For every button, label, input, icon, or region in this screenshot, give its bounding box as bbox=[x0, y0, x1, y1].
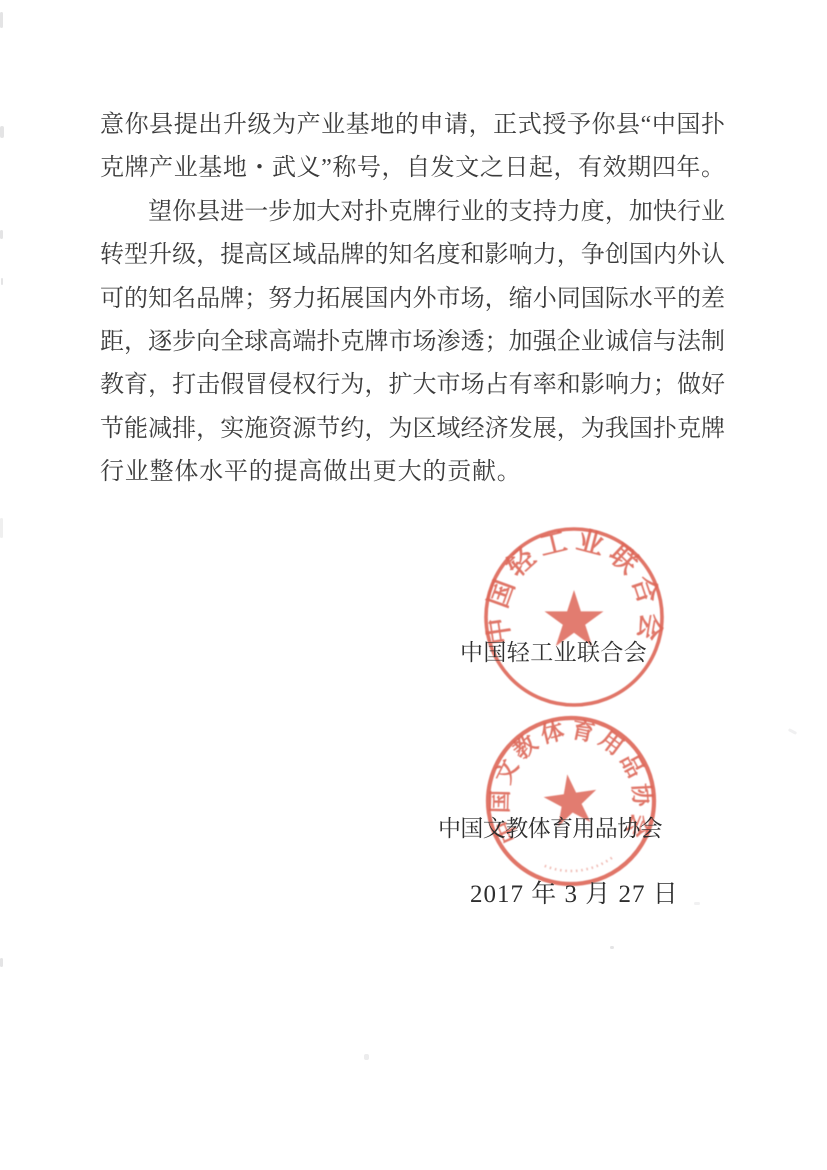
document-date: 2017 年 3 月 27 日 bbox=[470, 874, 679, 910]
signature-org-stationery-sporting: 中国文教体育用品协会 bbox=[438, 810, 662, 843]
scan-speck bbox=[694, 902, 700, 905]
scan-speck bbox=[0, 126, 4, 138]
scan-speck bbox=[0, 518, 3, 538]
body-line: 望你县进一步加大对扑克牌行业的支持力度，加快行业 bbox=[100, 191, 725, 234]
scan-speck bbox=[0, 958, 3, 967]
body-line: 转型升级，提高区域品牌的知名度和影响力，争创国内外认 bbox=[100, 234, 725, 277]
letter-body: 意你县提出升级为产业基地的申请，正式授予你县“中国扑 克牌产业基地・武义”称号，… bbox=[100, 104, 725, 495]
scan-speck bbox=[788, 728, 797, 735]
body-line: 教育，打击假冒侵权行为，扩大市场占有率和影响力；做好 bbox=[100, 364, 725, 407]
scan-speck bbox=[610, 946, 614, 949]
scan-speck bbox=[0, 230, 3, 239]
scan-speck bbox=[0, 12, 3, 28]
scan-speck bbox=[364, 1054, 369, 1060]
body-line: 可的知名品牌；努力拓展国内外市场，缩小同国际水平的差 bbox=[100, 278, 725, 321]
official-seal-stationery-sporting: 中国文教体育用品协会 bbox=[476, 706, 666, 896]
document-page: 意你县提出升级为产业基地的申请，正式授予你县“中国扑 克牌产业基地・武义”称号，… bbox=[0, 0, 827, 1170]
scan-speck bbox=[1, 278, 3, 285]
body-line: 行业整体水平的提高做出更大的贡献。 bbox=[100, 451, 725, 494]
signature-org-light-industry: 中国轻工业联合会 bbox=[460, 634, 647, 667]
body-line: 节能减排，实施资源节约，为区域经济发展，为我国扑克牌 bbox=[100, 408, 725, 451]
official-seal-light-industry: 中国轻工业联合会 bbox=[474, 517, 674, 717]
body-line: 意你县提出升级为产业基地的申请，正式授予你县“中国扑 bbox=[100, 104, 725, 147]
body-line: 克牌产业基地・武义”称号，自发文之日起，有效期四年。 bbox=[100, 147, 725, 190]
seal-code-marks bbox=[545, 856, 616, 875]
body-line: 距，逐步向全球高端扑克牌市场渗透；加强企业诚信与法制 bbox=[100, 321, 725, 364]
